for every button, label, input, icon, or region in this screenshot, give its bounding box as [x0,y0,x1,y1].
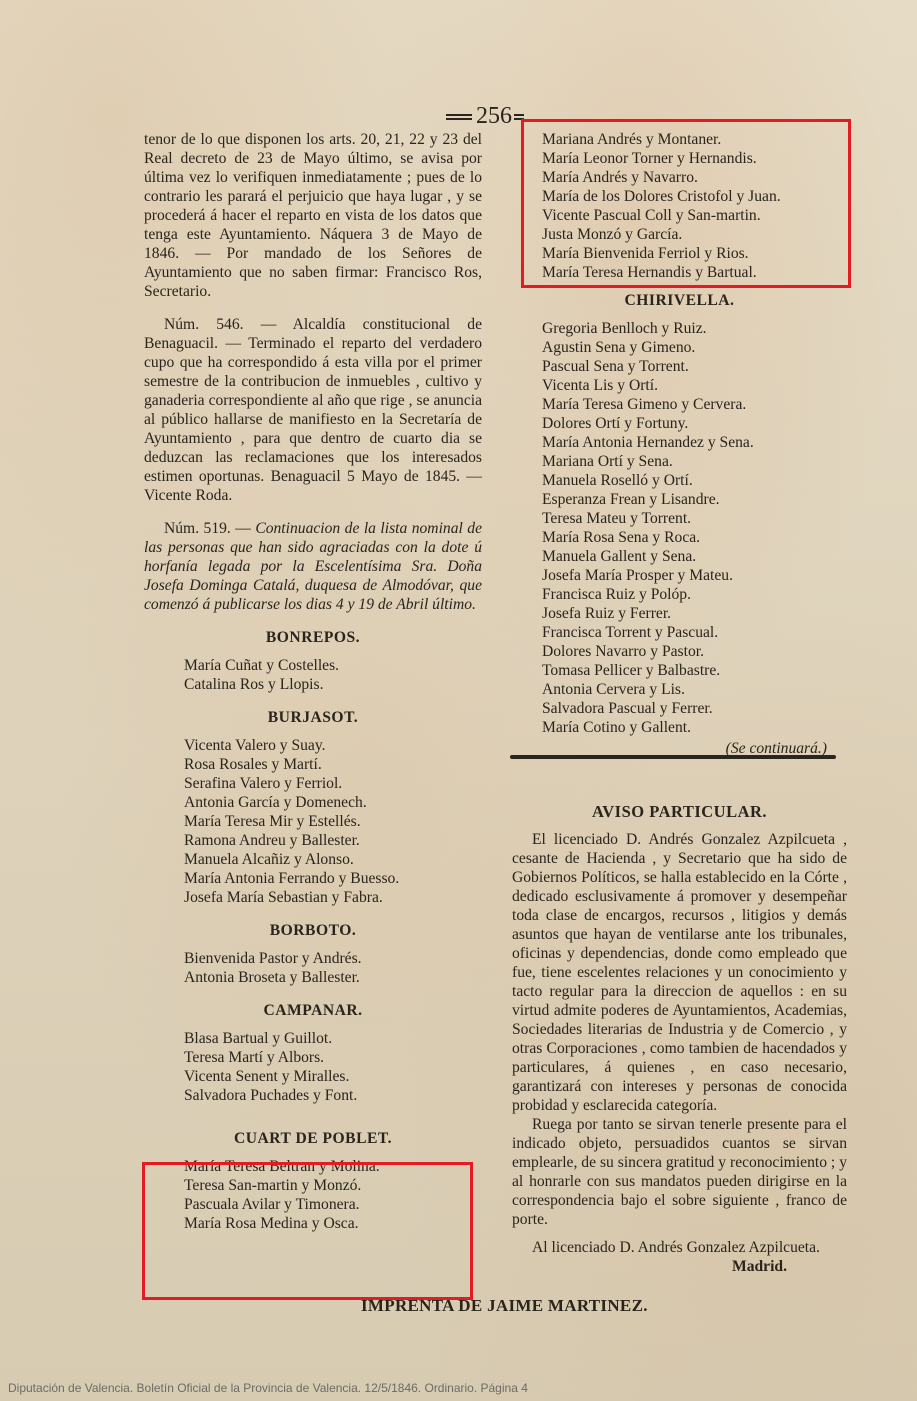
names-chirivella: Gregoria Benlloch y Ruiz. Agustin Sena y… [512,319,847,737]
list-item: Josefa María Prosper y Mateu. [542,566,847,585]
list-item: Salvadora Pascual y Ferrer. [542,699,847,718]
page-number-rule-left [446,114,472,120]
section-title-aviso: AVISO PARTICULAR. [512,802,847,821]
list-item: Blasa Bartual y Guillot. [184,1029,482,1048]
section-divider-rule [510,755,836,759]
highlight-box-cuart-de-poblet [142,1162,473,1300]
list-item: Antonia García y Domenech. [184,793,482,812]
names-bonrepos: María Cuñat y Costelles. Catalina Ros y … [144,656,482,694]
list-item: Antonia Cervera y Lis. [542,680,847,699]
section-title-borboto: BORBOTO. [144,921,482,940]
list-item: Vicenta Lis y Ortí. [542,376,847,395]
benaguacil-notice: Núm. 546. — Alcaldía constitucional de B… [144,315,482,505]
list-item: Gregoria Benlloch y Ruiz. [542,319,847,338]
list-item: Josefa Ruiz y Ferrer. [542,604,847,623]
naquera-notice: tenor de lo que disponen los arts. 20, 2… [144,130,482,301]
list-item: María Rosa Sena y Roca. [542,528,847,547]
list-item: Rosa Rosales y Martí. [184,755,482,774]
list-item: Pascual Sena y Torrent. [542,357,847,376]
list-item: Mariana Ortí y Sena. [542,452,847,471]
list-item: María Teresa Mir y Estellés. [184,812,482,831]
page-number-text: 256 [476,103,512,129]
section-title-burjasot: BURJASOT. [144,708,482,727]
list-item: Teresa Martí y Albors. [184,1048,482,1067]
list-item: Tomasa Pellicer y Balbastre. [542,661,847,680]
source-footer: Diputación de Valencia. Boletín Oficial … [8,1381,528,1395]
page-number: 256 [446,103,524,130]
list-item: Manuela Gallent y Sena. [542,547,847,566]
section-title-bonrepos: BONREPOS. [144,628,482,647]
list-item: Francisca Ruiz y Polóp. [542,585,847,604]
list-item: Serafina Valero y Ferriol. [184,774,482,793]
list-item: María Cotino y Gallent. [542,718,847,737]
list-item: Ramona Andreu y Ballester. [184,831,482,850]
section-title-campanar: CAMPANAR. [144,1001,482,1020]
names-campanar: Blasa Bartual y Guillot. Teresa Martí y … [144,1029,482,1105]
list-item: Salvadora Puchades y Font. [184,1086,482,1105]
aviso-address: Al licenciado D. Andrés Gonzalez Azpilcu… [512,1238,847,1257]
list-item: Esperanza Frean y Lisandre. [542,490,847,509]
list-item: Teresa Mateu y Torrent. [542,509,847,528]
list-item: Francisca Torrent y Pascual. [542,623,847,642]
list-item: Josefa María Sebastian y Fabra. [184,888,482,907]
left-column: tenor de lo que disponen los arts. 20, 2… [144,130,482,1233]
list-item: Agustin Sena y Gimeno. [542,338,847,357]
list-item: María Cuñat y Costelles. [184,656,482,675]
list-item: María Antonia Ferrando y Buesso. [184,869,482,888]
right-column: Mariana Andrés y Montaner. María Leonor … [512,130,847,1276]
list-item: Manuela Alcañiz y Alonso. [184,850,482,869]
list-item: María Antonia Hernandez y Sena. [542,433,847,452]
list-item: Dolores Ortí y Fortuny. [542,414,847,433]
list-item: Antonia Broseta y Ballester. [184,968,482,987]
section-title-cuart-de-poblet: CUART DE POBLET. [144,1129,482,1148]
aviso-paragraph-1: El licenciado D. Andrés Gonzalez Azpilcu… [512,830,847,1115]
section-title-chirivella: CHIRIVELLA. [512,291,847,310]
list-item: Catalina Ros y Llopis. [184,675,482,694]
list-item: Vicenta Senent y Miralles. [184,1067,482,1086]
num519-intro: Núm. 519. — Continuacion de la lista nom… [144,519,482,614]
aviso-paragraph-2: Ruega por tanto se sirvan tenerle presen… [512,1115,847,1229]
list-item: Manuela Roselló y Ortí. [542,471,847,490]
highlight-box-continued-names [521,119,851,288]
list-item: María Teresa Gimeno y Cervera. [542,395,847,414]
aviso-city: Madrid. [512,1257,847,1276]
names-burjasot: Vicenta Valero y Suay. Rosa Rosales y Ma… [144,736,482,907]
list-item: Vicenta Valero y Suay. [184,736,482,755]
num519-label: Núm. 519. — [164,520,255,537]
names-borboto: Bienvenida Pastor y Andrés. Antonia Bros… [144,949,482,987]
printer-imprint: IMPRENTA DE JAIME MARTINEZ. [361,1296,648,1316]
list-item: Dolores Navarro y Pastor. [542,642,847,661]
list-item: Bienvenida Pastor y Andrés. [184,949,482,968]
